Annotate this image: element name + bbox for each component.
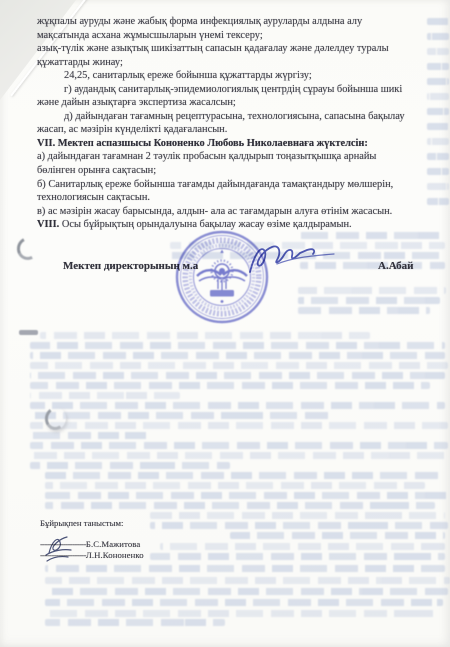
document-line: және дайын азықтарға экспертиза жасалсын… — [37, 96, 441, 110]
bleedthrough-line — [45, 472, 445, 479]
document-line: жұқпалы ауруды және жабық форма инфекция… — [37, 15, 441, 29]
bleedthrough-line — [45, 588, 448, 595]
acknowledgement-title: Бұйрықпен таныстым: — [40, 518, 144, 528]
bleedthrough-line — [30, 382, 430, 389]
scanned-document-page: жұқпалы ауруды және жабық форма инфекция… — [0, 0, 450, 647]
acknowledger-signature — [42, 534, 78, 564]
bleedthrough-line — [30, 402, 445, 409]
document-line: бөлінген орынға сақтасын; — [37, 164, 441, 178]
document-line: азық-түлік және азықтық шикізаттың сапас… — [37, 42, 441, 56]
bleedthrough-line — [30, 412, 330, 419]
document-line: в) ас мәзірін жасау барысында, алдын- ал… — [37, 205, 441, 219]
bleedthrough-line — [150, 553, 445, 560]
bleedthrough-line — [160, 543, 445, 550]
bleedthrough-line — [298, 287, 446, 294]
bleedthrough-line — [30, 362, 448, 369]
bleedthrough-line — [30, 432, 150, 439]
bleedthrough-line — [30, 422, 448, 429]
director-signature — [246, 241, 338, 281]
document-line: мақсатында асхана жұмысшыларын үнемі тек… — [37, 29, 441, 43]
acknowledgement-block: Бұйрықпен таныстым: --------------------… — [40, 518, 144, 561]
document-line: құжаттарды жинау; — [37, 56, 441, 70]
bleedthrough-line — [45, 502, 435, 509]
bleedthrough-line — [30, 392, 180, 399]
acknowledger-name: Л.Н.Кононенко — [86, 550, 144, 560]
bleedthrough-line — [45, 610, 435, 617]
bleedthrough-line — [30, 342, 445, 349]
bleedthrough-line — [45, 599, 443, 606]
bleedthrough-line — [45, 619, 225, 626]
bleedthrough-line — [298, 307, 430, 314]
bleedthrough-line — [300, 232, 445, 239]
ink-smudge — [19, 330, 38, 335]
document-line: г) аудандық санитарлық-эпидемиологиялық … — [37, 83, 441, 97]
bleedthrough-line — [40, 332, 370, 339]
document-body: жұқпалы ауруды және жабық форма инфекция… — [37, 15, 441, 232]
document-line: а) дайындаған тағамнан 2 тәулік пробасын… — [37, 150, 441, 164]
coat-of-arms-emblem — [197, 250, 247, 303]
bleedthrough-line — [298, 297, 440, 304]
bleedthrough-line — [30, 462, 230, 469]
bleedthrough-line — [30, 352, 445, 359]
document-line: 24,25, санитарлық ереже бойынша құжаттар… — [37, 69, 441, 83]
bleedthrough-line — [150, 512, 445, 519]
section-vii-heading: VII. Мектеп аспазшысы Кононенко Любовь Н… — [37, 137, 441, 151]
section-viii-number: VIII. — [37, 219, 59, 230]
signer-name: А.Абай — [378, 260, 413, 272]
bleedthrough-line — [230, 532, 445, 539]
document-line: технологиясын сақтасын. — [37, 191, 441, 205]
document-line: б) Санитарлық ереже бойынша тағамды дайы… — [37, 178, 441, 192]
bleedthrough-line — [45, 482, 425, 489]
bleedthrough-line — [30, 442, 448, 449]
document-line: жасап, ас мәзірін күнделікті қадағалансы… — [37, 123, 441, 137]
bleedthrough-line — [150, 522, 448, 529]
document-line: д) дайындаған тағамның рецептурасына, те… — [37, 110, 441, 124]
bleedthrough-line — [45, 565, 445, 572]
bleedthrough-line — [45, 577, 450, 584]
acknowledger-name: Б.С.Мажитова — [86, 539, 140, 549]
bleedthrough-line — [45, 492, 450, 499]
bleedthrough-line — [30, 452, 448, 459]
bleedthrough-line — [30, 372, 445, 379]
